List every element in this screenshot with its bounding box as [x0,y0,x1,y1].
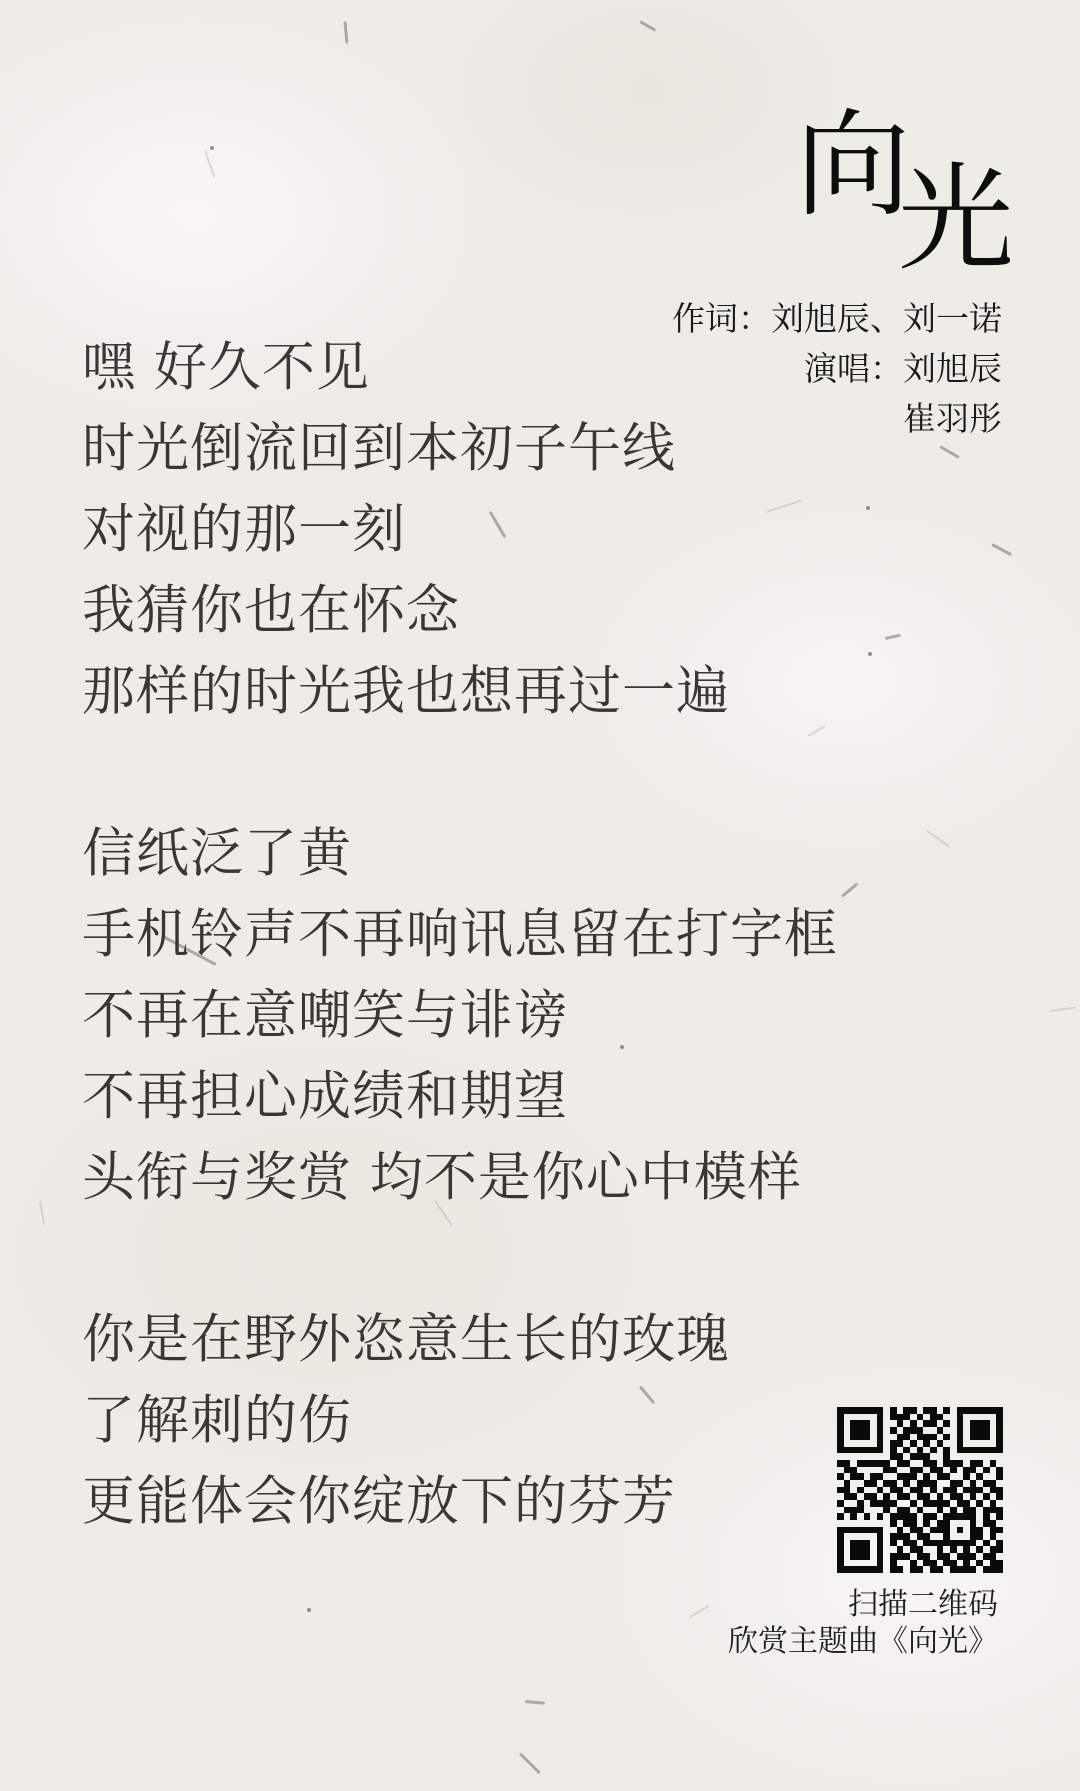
qr-module [883,1527,890,1534]
qr-module [857,1427,864,1434]
qr-module [917,1487,924,1494]
qr-module [937,1527,944,1534]
qr-module [917,1407,924,1414]
qr-module [890,1473,897,1480]
qr-module [883,1473,890,1480]
qr-module [850,1493,857,1500]
qr-module [837,1560,844,1567]
qr-module [910,1540,917,1547]
qr-module [870,1407,877,1414]
qr-module [857,1407,864,1414]
qr-module [957,1453,964,1460]
qr-module [870,1500,877,1507]
qr-module [943,1520,950,1527]
qr-module [996,1453,1003,1460]
qr-module [963,1473,970,1480]
qr-module [870,1427,877,1434]
qr-module [983,1560,990,1567]
qr-module [963,1447,970,1454]
qr-module [890,1447,897,1454]
qr-module [910,1566,917,1573]
qr-module [917,1540,924,1547]
qr-module [917,1414,924,1421]
qr-module [923,1560,930,1567]
qr-module [917,1520,924,1527]
qr-module [897,1533,904,1540]
qr-module [930,1566,937,1573]
qr-module [930,1507,937,1514]
qr-module [857,1540,864,1547]
qr-module [963,1407,970,1414]
qr-module [990,1493,997,1500]
qr-module [950,1420,957,1427]
qr-module [837,1513,844,1520]
qr-module [864,1520,871,1527]
qr-module [990,1414,997,1421]
qr-module [996,1420,1003,1427]
qr-module [996,1546,1003,1553]
qr-module [903,1407,910,1414]
qr-module [883,1533,890,1540]
qr-module [950,1560,957,1567]
qr-module [897,1453,904,1460]
qr-module [930,1460,937,1467]
qr-module [890,1546,897,1553]
qr-module [917,1480,924,1487]
qr-caption-scan: 扫描二维码 [728,1586,998,1623]
qr-module [850,1507,857,1514]
qr-module [930,1560,937,1567]
qr-module [870,1553,877,1560]
qr-module [857,1487,864,1494]
qr-module [844,1487,851,1494]
qr-module [837,1440,844,1447]
qr-module [850,1500,857,1507]
qr-module [970,1427,977,1434]
qr-module [950,1440,957,1447]
qr-module [950,1467,957,1474]
qr-module [996,1447,1003,1454]
qr-module [996,1440,1003,1447]
qr-module [970,1507,977,1514]
qr-module [976,1500,983,1507]
paper-fiber [926,830,950,848]
qr-module [883,1513,890,1520]
paper-fiber [690,1605,710,1618]
qr-module [930,1473,937,1480]
lyric-line: 你是在野外恣意生长的玫瑰 [82,1299,838,1380]
qr-module [903,1540,910,1547]
qr-module [970,1527,977,1534]
lyric-line: 嘿 好久不见 [82,327,838,408]
qr-module [976,1527,983,1534]
qr-module [837,1427,844,1434]
qr-module [943,1553,950,1560]
qr-module [976,1553,983,1560]
qr-module [990,1520,997,1527]
qr-module [950,1434,957,1441]
qr-module [883,1500,890,1507]
qr-module [937,1480,944,1487]
qr-module [857,1473,864,1480]
qr-module [850,1453,857,1460]
qr-module [910,1487,917,1494]
qr-module [983,1460,990,1467]
qr-module [857,1533,864,1540]
qr-module [903,1447,910,1454]
qr-module [930,1500,937,1507]
qr-module [877,1527,884,1534]
qr-code-icon[interactable] [837,1407,1003,1573]
qr-module [990,1546,997,1553]
qr-module [990,1434,997,1441]
qr-module [970,1546,977,1553]
qr-module [917,1546,924,1553]
qr-module [917,1473,924,1480]
qr-module [970,1566,977,1573]
qr-module [844,1407,851,1414]
qr-module [917,1533,924,1540]
qr-module [990,1480,997,1487]
qr-module [937,1487,944,1494]
qr-module [937,1453,944,1460]
qr-module [844,1546,851,1553]
qr-module [883,1407,890,1414]
qr-module [917,1420,924,1427]
qr-module [950,1513,957,1520]
qr-module [930,1553,937,1560]
qr-module [996,1553,1003,1560]
qr-module [917,1507,924,1514]
qr-module [943,1507,950,1514]
qr-module [857,1480,864,1487]
qr-module [870,1566,877,1573]
qr-module [983,1487,990,1494]
qr-module [943,1540,950,1547]
qr-module [870,1513,877,1520]
qr-module [890,1533,897,1540]
qr-module [850,1427,857,1434]
qr-module [897,1434,904,1441]
qr-module [850,1546,857,1553]
qr-module [970,1533,977,1540]
qr-module [883,1420,890,1427]
qr-module [844,1414,851,1421]
qr-module [996,1566,1003,1573]
qr-module [930,1467,937,1474]
qr-module [937,1553,944,1560]
qr-module [917,1500,924,1507]
qr-module [857,1546,864,1553]
qr-module [996,1480,1003,1487]
qr-module [910,1480,917,1487]
qr-module [850,1540,857,1547]
qr-module [864,1480,871,1487]
stanza-2: 信纸泛了黄 手机铃声不再响讯息留在打字框 不再在意嘲笑与诽谤 不再担心成绩和期望… [82,813,838,1218]
qr-module [937,1467,944,1474]
qr-module [877,1520,884,1527]
qr-module [910,1447,917,1454]
qr-module [990,1427,997,1434]
qr-module [930,1447,937,1454]
qr-module [923,1553,930,1560]
qr-module [957,1553,964,1560]
qr-module [983,1467,990,1474]
qr-module [990,1407,997,1414]
qr-module [837,1420,844,1427]
qr-module [923,1540,930,1547]
qr-module [983,1420,990,1427]
qr-module [890,1513,897,1520]
qr-module [937,1447,944,1454]
qr-module [910,1420,917,1427]
qr-module [950,1407,957,1414]
qr-module [903,1553,910,1560]
qr-module [837,1480,844,1487]
qr-module [897,1500,904,1507]
qr-module [870,1527,877,1534]
qr-module [897,1493,904,1500]
qr-module [930,1546,937,1553]
qr-module [937,1427,944,1434]
qr-module [957,1487,964,1494]
qr-module [890,1566,897,1573]
qr-module [970,1560,977,1567]
qr-module [883,1414,890,1421]
qr-module [957,1493,964,1500]
qr-module [996,1493,1003,1500]
qr-module [976,1533,983,1540]
paper-fiber [344,21,349,43]
qr-module [870,1467,877,1474]
qr-module [990,1487,997,1494]
qr-module [877,1513,884,1520]
qr-module [864,1460,871,1467]
qr-module [877,1553,884,1560]
qr-module [864,1493,871,1500]
qr-module [897,1414,904,1421]
qr-module [844,1540,851,1547]
qr-module [877,1480,884,1487]
qr-module [970,1440,977,1447]
qr-module [837,1553,844,1560]
qr-module [930,1480,937,1487]
qr-module [976,1566,983,1573]
qr-module [990,1440,997,1447]
qr-module [983,1427,990,1434]
qr-module [990,1453,997,1460]
qr-module [890,1434,897,1441]
qr-module [957,1447,964,1454]
qr-module [983,1533,990,1540]
qr-module [903,1440,910,1447]
qr-module [837,1414,844,1421]
qr-module [897,1553,904,1560]
qr-module [950,1487,957,1494]
qr-module [890,1420,897,1427]
qr-module [844,1473,851,1480]
qr-module [917,1560,924,1567]
qr-module [976,1427,983,1434]
qr-module [950,1460,957,1467]
qr-module [837,1434,844,1441]
qr-module [850,1480,857,1487]
qr-module [850,1513,857,1520]
qr-module [870,1440,877,1447]
qr-module [990,1527,997,1534]
qr-module [844,1447,851,1454]
qr-module [923,1493,930,1500]
qr-module [837,1493,844,1500]
qr-module [957,1414,964,1421]
qr-module [890,1460,897,1467]
qr-module [857,1440,864,1447]
qr-module [903,1527,910,1534]
qr-module [943,1453,950,1460]
qr-module [970,1473,977,1480]
qr-module [923,1420,930,1427]
qr-module [877,1493,884,1500]
title-char-1: 向 [795,108,911,224]
qr-module [857,1467,864,1474]
stanza-3: 你是在野外恣意生长的玫瑰 了解刺的伤 更能体会你绽放下的芬芳 [82,1299,838,1542]
qr-module [857,1460,864,1467]
qr-module [950,1533,957,1540]
qr-module [937,1513,944,1520]
qr-module [990,1500,997,1507]
qr-module [870,1473,877,1480]
qr-module [877,1566,884,1573]
qr-module [870,1560,877,1567]
qr-module [970,1493,977,1500]
qr-module [910,1467,917,1474]
qr-module [937,1500,944,1507]
qr-module [850,1520,857,1527]
qr-module [970,1467,977,1474]
qr-module [937,1520,944,1527]
qr-module [857,1527,864,1534]
qr-module [837,1473,844,1480]
qr-module [937,1533,944,1540]
qr-module [864,1566,871,1573]
qr-module [857,1553,864,1560]
qr-module [903,1500,910,1507]
qr-module [870,1493,877,1500]
qr-module [917,1447,924,1454]
qr-module [877,1434,884,1441]
qr-module [976,1473,983,1480]
qr-module [943,1407,950,1414]
qr-module [864,1453,871,1460]
qr-module [957,1434,964,1441]
qr-module [970,1553,977,1560]
qr-module [910,1533,917,1540]
paper-fiber [639,20,656,32]
qr-module [957,1473,964,1480]
qr-module [897,1513,904,1520]
qr-module [950,1473,957,1480]
qr-module [970,1520,977,1527]
qr-module [990,1447,997,1454]
qr-module [890,1480,897,1487]
qr-module [923,1507,930,1514]
qr-module [864,1553,871,1560]
qr-module [877,1546,884,1553]
qr-module [937,1407,944,1414]
qr-module [857,1434,864,1441]
qr-module [837,1453,844,1460]
qr-module [957,1420,964,1427]
qr-module [950,1553,957,1560]
qr-module [963,1546,970,1553]
qr-module [850,1407,857,1414]
qr-module [844,1527,851,1534]
qr-module [996,1513,1003,1520]
qr-module [844,1467,851,1474]
qr-module [857,1453,864,1460]
qr-module [857,1566,864,1573]
qr-module [857,1447,864,1454]
qr-module [957,1540,964,1547]
qr-module [930,1434,937,1441]
lyric-line: 不再在意嘲笑与诽谤 [82,975,838,1056]
qr-module [877,1507,884,1514]
qr-module [850,1553,857,1560]
qr-module [850,1414,857,1421]
paper-fiber [939,445,960,459]
qr-module [850,1473,857,1480]
qr-module [950,1566,957,1573]
qr-module [943,1527,950,1534]
qr-module [890,1440,897,1447]
qr-module [957,1460,964,1467]
qr-module [957,1546,964,1553]
qr-module [983,1447,990,1454]
lyric-line: 不再担心成绩和期望 [82,1056,838,1137]
qr-module [943,1533,950,1540]
qr-module [957,1480,964,1487]
qr-module [897,1480,904,1487]
qr-module [890,1540,897,1547]
qr-module [883,1566,890,1573]
qr-module [897,1447,904,1454]
qr-module [950,1507,957,1514]
qr-module [943,1440,950,1447]
qr-module [970,1447,977,1454]
qr-module [957,1507,964,1514]
qr-module [864,1546,871,1553]
qr-module [897,1507,904,1514]
qr-module [923,1513,930,1520]
qr-module [996,1460,1003,1467]
qr-module [870,1507,877,1514]
qr-module [844,1560,851,1567]
qr-module [917,1427,924,1434]
lyric-line: 对视的那一刻 [82,489,838,570]
lyric-line: 了解刺的伤 [82,1380,838,1461]
qr-module [963,1487,970,1494]
paper-fiber [991,543,1012,556]
qr-module [983,1513,990,1520]
qr-module [864,1487,871,1494]
qr-module [844,1500,851,1507]
qr-module [844,1553,851,1560]
qr-module [903,1507,910,1514]
qr-module [850,1460,857,1467]
qr-module [923,1566,930,1573]
qr-module [864,1420,871,1427]
qr-module [990,1473,997,1480]
